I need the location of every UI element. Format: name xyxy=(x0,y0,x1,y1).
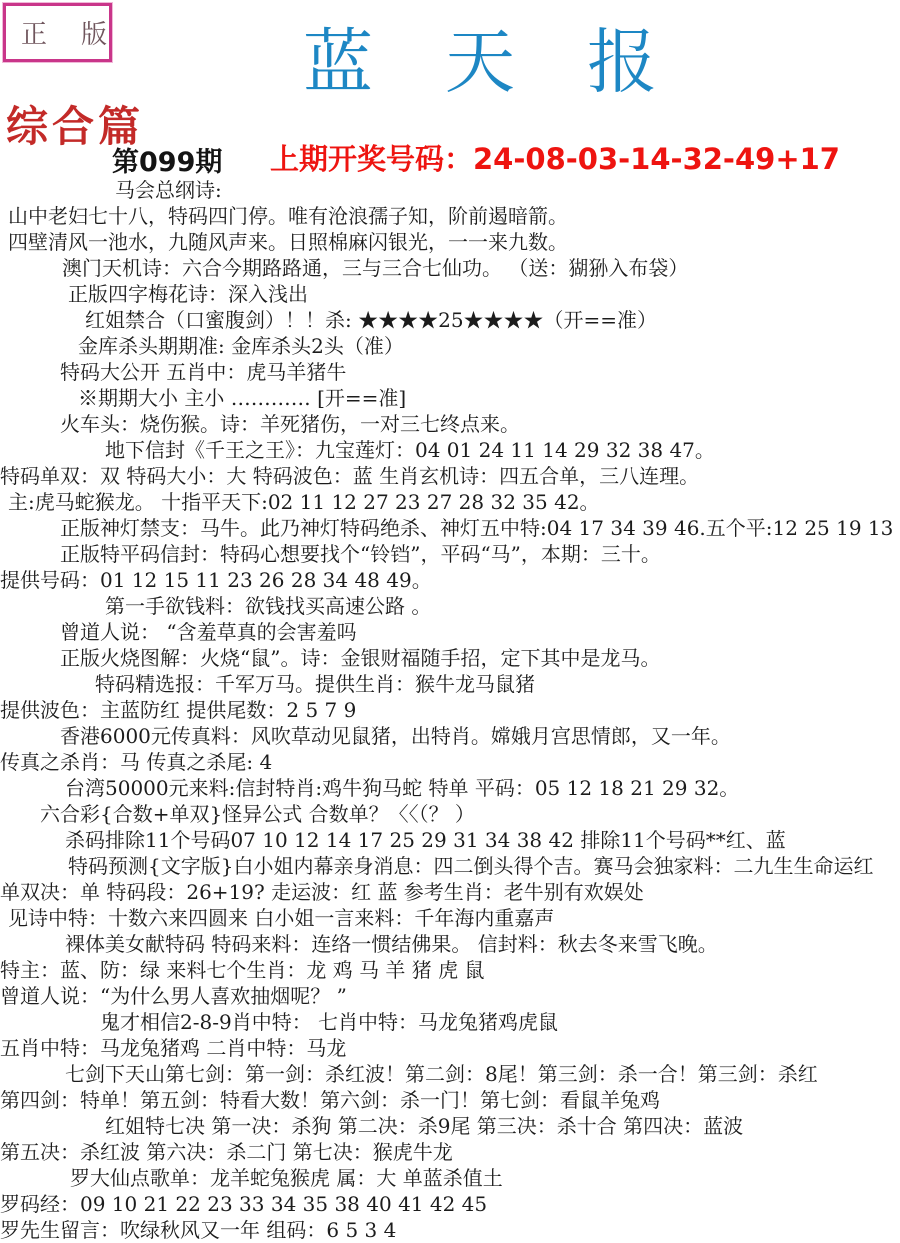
text-line: 第一手欲钱料：欲钱找买高速公路 。 xyxy=(0,593,900,619)
text-line: 曾道人说： “含羞草真的会害羞吗 xyxy=(0,619,900,645)
text-line: 主:虎马蛇猴龙。 十指平天下:02 11 12 27 23 27 28 32 3… xyxy=(0,489,900,515)
text-line: 金库杀头期期准: 金库杀头2头（准） xyxy=(0,333,900,359)
text-line: 正版神灯禁支：马牛。此乃神灯特码绝杀、神灯五中特:04 17 34 39 46.… xyxy=(0,515,900,541)
text-line: 杀码排除11个号码07 10 12 14 17 25 29 31 34 38 4… xyxy=(0,827,900,853)
authentic-stamp-label: 正版 xyxy=(6,14,141,51)
text-line: 山中老妇七十八，特码四门停。唯有沧浪孺子知，阶前遏暗箭。 xyxy=(0,203,900,229)
text-line: 香港6000元传真料：风吹草动见鼠猪，出特肖。嫦娥月宫思情郎，又一年。 xyxy=(0,723,900,749)
text-line: 提供波色：主蓝防红 提供尾数：2 5 7 9 xyxy=(0,697,900,723)
text-line: 火车头：烧伤猴。诗：羊死猪伤，一对三七终点来。 xyxy=(0,411,900,437)
text-line: 传真之杀肖：马 传真之杀尾: 4 xyxy=(0,749,900,775)
text-line: 五肖中特：马龙兔猪鸡 二肖中特：马龙 xyxy=(0,1035,900,1061)
text-line: 见诗中特：十数六来四圆来 白小姐一言来料：千年海内重嘉声 xyxy=(0,905,900,931)
text-line: 裸体美女献特码 特码来料：连络一惯结佛果。 信封料：秋去冬来雪飞晚。 xyxy=(0,931,900,957)
text-line: 地下信封《千王之王》：九宝莲灯：04 01 24 11 14 29 32 38 … xyxy=(0,437,900,463)
text-line: 四壁清风一池水，九随风声来。日照棉麻闪银光，一一来九数。 xyxy=(0,229,900,255)
text-line: 第五决：杀红波 第六决：杀二门 第七决：猴虎牛龙 xyxy=(0,1139,900,1165)
text-line: 特码单双：双 特码大小：大 特码波色：蓝 生肖玄机诗：四五合单，三八连理。 xyxy=(0,463,900,489)
paper-title: 蓝天报 xyxy=(303,6,729,107)
text-line: 罗码经：09 10 21 22 23 33 34 35 38 40 41 42 … xyxy=(0,1191,900,1217)
issue-number: 第099期 xyxy=(112,140,222,179)
text-line: 红姐特七决 第一决：杀狗 第二决：杀9尾 第三决：杀十合 第四决：蓝波 xyxy=(0,1113,900,1139)
text-line: 六合彩{合数+单双}怪异公式 合数单？〈〈（？ ） xyxy=(0,801,900,827)
content-lines: 马会总纲诗:山中老妇七十八，特码四门停。唯有沧浪孺子知，阶前遏暗箭。四壁清风一池… xyxy=(0,177,900,1243)
text-line: 单双决：单 特码段：26+19? 走运波：红 蓝 参考生肖：老牛别有欢娱处 xyxy=(0,879,900,905)
text-line: 特码精选报：千军万马。提供生肖：猴牛龙马鼠猪 xyxy=(0,671,900,697)
text-line: 澳门天机诗：六合今期路路通，三与三合七仙功。 （送：猢狲入布袋） xyxy=(0,255,900,281)
newspaper-page: 正版 蓝天报 综合篇 第099期 上期开奖号码：24-08-03-14-32-4… xyxy=(0,0,900,1243)
text-line: 鬼才相信2-8-9肖中特： 七肖中特：马龙兔猪鸡虎鼠 xyxy=(0,1009,900,1035)
text-line: 曾道人说：“为什么男人喜欢抽烟呢？ ” xyxy=(0,983,900,1009)
text-line: 正版特平码信封：特码心想要找个“铃铛”，平码“马”，本期：三十。 xyxy=(0,541,900,567)
text-line: ※期期大小 主小 ………… [开==准] xyxy=(0,385,900,411)
text-line: 七剑下天山第七剑：第一剑：杀红波！第二剑：8尾！第三剑：杀一合！第三剑：杀红 xyxy=(0,1061,900,1087)
text-line: 红姐禁合（口蜜腹剑）！！杀: ★★★★25★★★★（开==准） xyxy=(0,307,900,333)
authentic-stamp: 正版 xyxy=(3,3,112,62)
text-line: 台湾50000元来料:信封特肖:鸡牛狗马蛇 特单 平码：05 12 18 21 … xyxy=(0,775,900,801)
text-line: 特主：蓝、防：绿 来料七个生肖：龙 鸡 马 羊 猪 虎 鼠 xyxy=(0,957,900,983)
text-line: 正版火烧图解：火烧“鼠”。诗：金银财福随手招，定下其中是龙马。 xyxy=(0,645,900,671)
previous-draw-result: 上期开奖号码：24-08-03-14-32-49+17 xyxy=(270,137,840,178)
text-line: 罗大仙点歌单：龙羊蛇兔猴虎 属：大 单蓝杀值土 xyxy=(0,1165,900,1191)
text-line: 马会总纲诗: xyxy=(0,177,900,203)
text-line: 第四剑：特单！第五剑：特看大数！第六剑：杀一门！第七剑：看鼠羊兔鸡 xyxy=(0,1087,900,1113)
text-line: 特码预测{文字版}白小姐内幕亲身消息：四二倒头得个吉。赛马会独家料：二九生生命运… xyxy=(0,853,900,879)
text-line: 特码大公开 五肖中：虎马羊猪牛 xyxy=(0,359,900,385)
text-line: 罗先生留言：吹绿秋风又一年 组码：6 5 3 4 xyxy=(0,1217,900,1243)
text-line: 提供号码：01 12 15 11 23 26 28 34 48 49。 xyxy=(0,567,900,593)
text-line: 正版四字梅花诗：深入浅出 xyxy=(0,281,900,307)
